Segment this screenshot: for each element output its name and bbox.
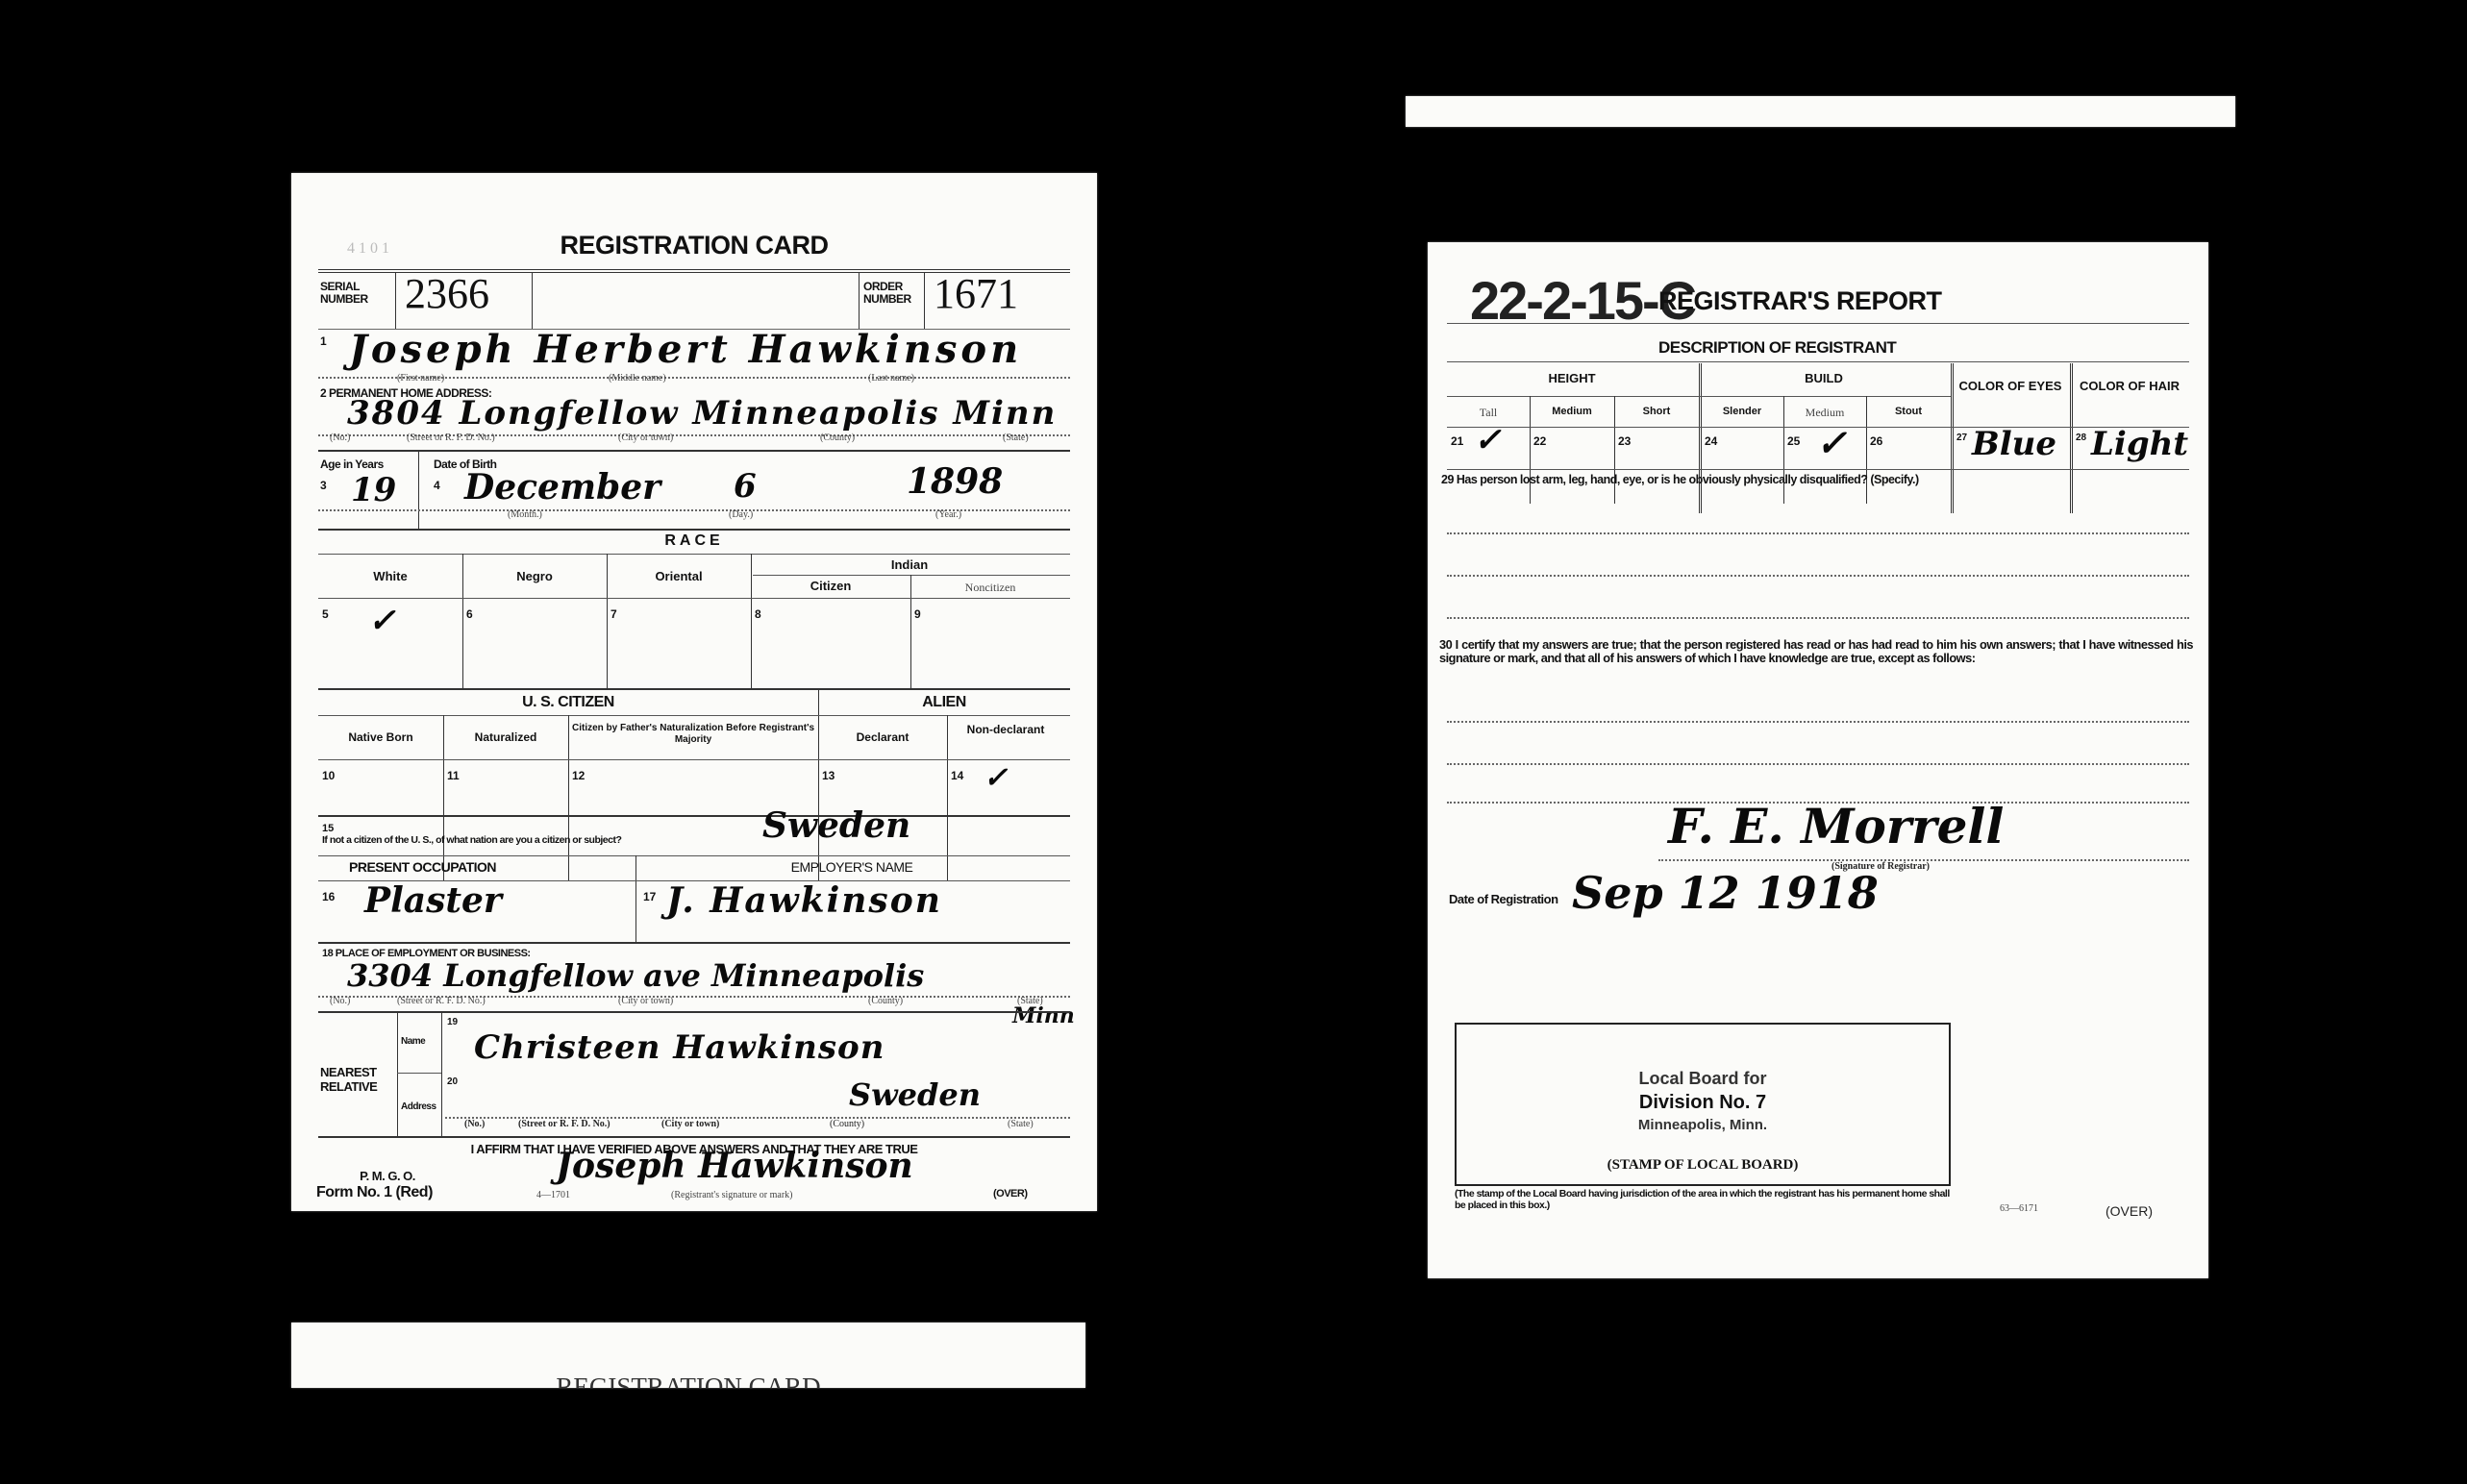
relative-name-label: Name <box>401 1036 425 1047</box>
emp-no-label: (No.) <box>330 996 350 1006</box>
race-white-check: ✓ <box>368 602 396 640</box>
stamp-line-3: Minneapolis, Minn. <box>1457 1117 1949 1133</box>
q16-number: 16 <box>322 890 335 903</box>
card-title: REGISTRATION CARD <box>291 231 1097 260</box>
citizen-nation-value: Sweden <box>762 805 910 846</box>
registration-card: 4 1 0 1 REGISTRATION CARD SERIAL NUMBER … <box>291 173 1097 1211</box>
q25-number: 25 <box>1787 434 1800 448</box>
q27-number: 27 <box>1956 433 1967 443</box>
q7-number: 7 <box>611 607 617 621</box>
dob-month-label: (Month.) <box>508 509 542 520</box>
report-over-label: (OVER) <box>2106 1203 2153 1219</box>
q4-number: 4 <box>434 479 440 492</box>
q6-number: 6 <box>466 607 473 621</box>
registrar-signature: F. E. Morrell <box>1668 798 2004 854</box>
next-card-title: REGISTRATION CARD <box>291 1373 1085 1388</box>
build-medium-check: ✓ <box>1816 421 1847 464</box>
rel-no-label: (No.) <box>464 1119 485 1129</box>
dob-year-label: (Year.) <box>935 509 961 520</box>
naturalized-label: Naturalized <box>443 730 568 744</box>
emp-street-label: (Street or R. F. D. No.) <box>397 996 486 1006</box>
q11-number: 11 <box>447 769 460 782</box>
q15-number: 15 <box>322 823 334 834</box>
declarant-label: Declarant <box>818 730 947 744</box>
height-medium-label: Medium <box>1530 406 1614 417</box>
q30-text: 30 I certify that my answers are true; t… <box>1439 638 2193 665</box>
alien-heading: ALIEN <box>818 694 1070 711</box>
q12-number: 12 <box>572 769 585 782</box>
home-address-value: 3804 Longfellow Minneapolis Minn <box>347 394 1057 433</box>
rel-street-label: (Street or R. F. D. No.) <box>518 1119 611 1129</box>
report-form-code: 63—6171 <box>2000 1203 2038 1214</box>
q19-number: 19 <box>447 1017 458 1027</box>
q17-number: 17 <box>643 890 656 903</box>
eye-color-heading: COLOR OF EYES <box>1953 379 2068 394</box>
dob-year: 1898 <box>907 461 1003 502</box>
build-heading: BUILD <box>1699 371 1949 385</box>
emp-county-label: (County) <box>868 996 903 1006</box>
q24-number: 24 <box>1705 434 1717 448</box>
nearest-relative-label: NEAREST RELATIVE <box>320 1065 397 1094</box>
dob-day-label: (Day.) <box>729 509 753 520</box>
employer-heading: EMPLOYER'S NAME <box>635 859 1068 875</box>
race-indian-label: Indian <box>751 557 1068 572</box>
q10-number: 10 <box>322 769 335 782</box>
age-label: Age in Years <box>320 458 384 471</box>
q22-number: 22 <box>1533 434 1546 448</box>
q23-number: 23 <box>1618 434 1631 448</box>
date-of-registration-value: Sep 12 1918 <box>1572 867 1879 919</box>
employer-value: J. Hawkinson <box>666 880 942 921</box>
race-negro-label: Negro <box>462 569 607 583</box>
rel-county-label: (County) <box>830 1119 864 1129</box>
over-label: (OVER) <box>993 1188 1028 1200</box>
dob-month: December <box>464 467 660 507</box>
q28-number: 28 <box>2076 433 2086 443</box>
relative-name-value: Christeen Hawkinson <box>474 1028 885 1067</box>
race-indian-noncitizen-label: Noncitizen <box>910 581 1070 595</box>
native-born-label: Native Born <box>318 730 443 744</box>
stamp-line-1: Local Board for <box>1457 1069 1949 1089</box>
rel-state-label: (State) <box>1008 1119 1034 1129</box>
hair-color-heading: COLOR OF HAIR <box>2072 379 2187 394</box>
local-board-stamp-box: Local Board for Division No. 7 Minneapol… <box>1455 1023 1951 1186</box>
serial-number: 2366 <box>405 269 489 318</box>
first-name-label: (First name) <box>397 373 444 383</box>
place-of-employment-state: Minn <box>1012 1003 1075 1028</box>
rel-city-label: (City or town) <box>661 1119 719 1129</box>
registrars-report-card: 22-2-15-C REGISTRAR'S REPORT DESCRIPTION… <box>1428 242 2208 1278</box>
height-short-label: Short <box>1614 406 1699 417</box>
relative-address-label: Address <box>401 1101 436 1112</box>
eye-color-value: Blue <box>1972 425 2056 463</box>
q1-number: 1 <box>320 334 327 348</box>
report-subtitle: DESCRIPTION OF REGISTRANT <box>1658 338 1896 358</box>
registrant-name: Joseph Herbert Hawkinson <box>349 327 1022 372</box>
order-number: 1671 <box>934 269 1018 318</box>
q9-number: 9 <box>914 607 921 621</box>
relative-address-value: Sweden <box>849 1076 981 1113</box>
q20-number: 20 <box>447 1076 458 1087</box>
stamp-caption: (STAMP OF LOCAL BOARD) <box>1457 1157 1949 1174</box>
report-title: REGISTRAR'S REPORT <box>1658 286 1941 316</box>
q15-label: If not a citizen of the U. S., of what n… <box>322 834 621 846</box>
addr-no-label: (No.) <box>330 433 350 443</box>
addr-county-label: (County) <box>820 433 855 443</box>
order-label: ORDER NUMBER <box>863 281 921 306</box>
occupation-heading: PRESENT OCCUPATION <box>349 859 496 875</box>
emp-city-label: (City or town) <box>618 996 673 1006</box>
signature-sublabel: (Registrant's signature or mark) <box>671 1190 793 1200</box>
q13-number: 13 <box>822 769 835 782</box>
build-medium-label: Medium <box>1783 406 1866 420</box>
dob-day: 6 <box>734 467 757 506</box>
stamp-line-2: Division No. 7 <box>1457 1092 1949 1114</box>
last-name-label: (Last name) <box>868 373 914 383</box>
hair-color-value: Light <box>2091 425 2188 463</box>
citizen-by-father-label: Citizen by Father's Naturalization Befor… <box>570 723 816 746</box>
addr-street-label: (Street or R. F. D. No.) <box>407 433 495 443</box>
height-heading: HEIGHT <box>1447 371 1697 385</box>
race-oriental-label: Oriental <box>607 569 751 583</box>
q21-number: 21 <box>1451 434 1463 448</box>
pmgo-label: P. M. G. O. <box>320 1169 455 1183</box>
addr-city-label: (City or town) <box>618 433 673 443</box>
q29-text: 29 Has person lost arm, leg, hand, eye, … <box>1441 473 2191 486</box>
place-of-employment-value: 3304 Longfellow ave Minneapolis <box>347 957 924 994</box>
age-value: 19 <box>351 471 396 509</box>
height-tall-check: ✓ <box>1474 421 1502 459</box>
middle-name-label: (Middle name) <box>609 373 666 383</box>
top-card-strip <box>1406 96 2235 127</box>
form-number-label: Form No. 1 (Red) <box>316 1184 433 1201</box>
stamp-note: (The stamp of the Local Board having jur… <box>1455 1188 1955 1211</box>
non-declarant-check: ✓ <box>984 761 1008 795</box>
form-code: 4—1701 <box>536 1190 570 1200</box>
build-slender-label: Slender <box>1701 406 1783 417</box>
next-registration-card: REGISTRATION CARD <box>291 1323 1085 1388</box>
serial-label: SERIAL NUMBER <box>320 281 387 306</box>
registrant-signature: Joseph Hawkinson <box>556 1146 913 1186</box>
q8-number: 8 <box>755 607 761 621</box>
height-tall-label: Tall <box>1447 406 1530 420</box>
emp-state-label: (State) <box>1017 996 1043 1006</box>
race-indian-citizen-label: Citizen <box>751 579 910 593</box>
us-citizen-heading: U. S. CITIZEN <box>318 694 818 711</box>
q14-number: 14 <box>951 769 963 782</box>
addr-state-label: (State) <box>1003 433 1029 443</box>
date-of-registration-label: Date of Registration <box>1449 892 1558 906</box>
build-stout-label: Stout <box>1866 406 1951 417</box>
occupation-value: Plaster <box>364 880 502 921</box>
non-declarant-label: Non-declarant <box>953 723 1059 736</box>
q26-number: 26 <box>1870 434 1882 448</box>
race-white-label: White <box>318 569 462 583</box>
race-heading: RACE <box>291 532 1097 550</box>
q5-number: 5 <box>322 607 329 621</box>
q3-number: 3 <box>320 479 327 492</box>
